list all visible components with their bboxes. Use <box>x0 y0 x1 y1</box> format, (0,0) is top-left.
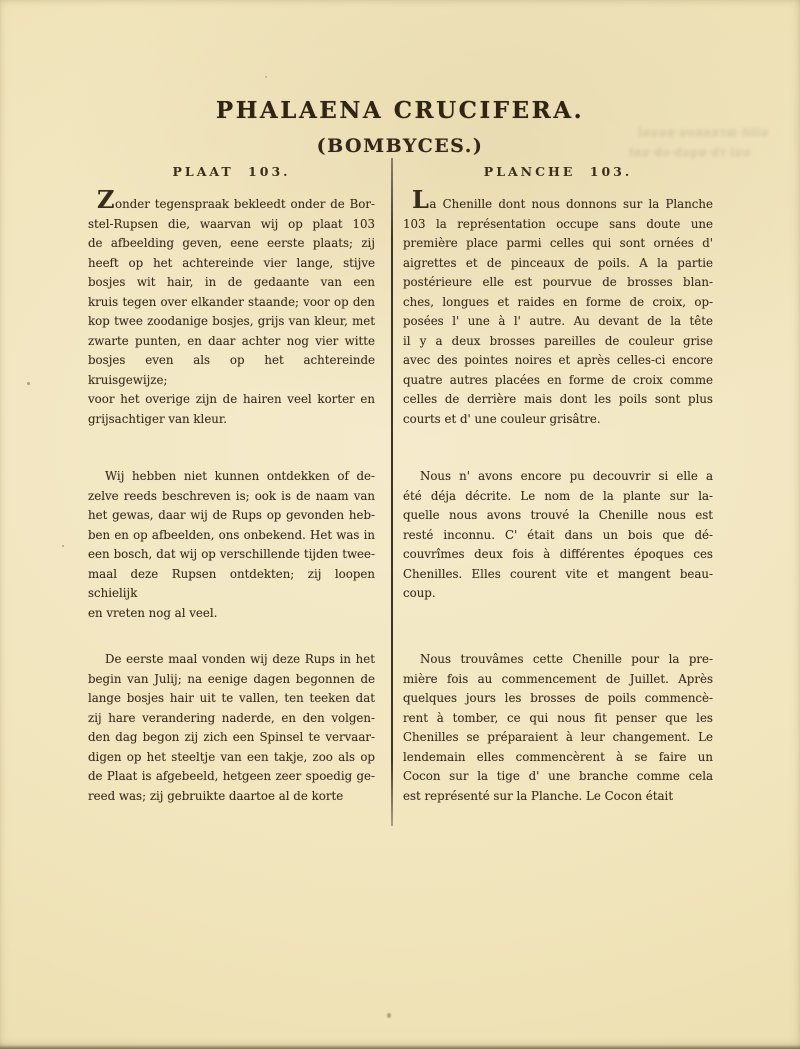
text-line: il y a deux brosses pareilles de couleur… <box>403 332 713 352</box>
page-title: PHALAENA CRUCIFERA. <box>0 97 800 124</box>
text-line: lendemain elles commencèrent à se faire … <box>403 748 713 768</box>
text-line: den dag begon zij zich een Spinsel te ve… <box>88 728 375 748</box>
text-line: bosjes wit hair, in de gedaante van een <box>88 273 375 293</box>
right-paragraph-1: La Chenille dont nous donnons sur la Pla… <box>403 190 713 429</box>
text-line: Wij hebben niet kunnen ontdekken of de- <box>88 467 375 487</box>
text-line: een bosch, dat wij op verschillende tijd… <box>88 545 375 565</box>
text-line: courts et d' une couleur grisâtre. <box>403 410 713 430</box>
text-line: kop twee zoodanige bosjes, grijs van kle… <box>88 312 375 332</box>
text-line: maal deze Rupsen ontdekten; zij loopen s… <box>88 565 375 604</box>
text-line: het gewas, daar wij de Rups op gevonden … <box>88 506 375 526</box>
text-line: ben en op afbeelden, ons onbekend. Het w… <box>88 526 375 546</box>
page-subtitle: (BOMBYCES.) <box>0 135 800 157</box>
text-line: digen op het steeltje van een takje, zoo… <box>88 748 375 768</box>
text-line: bosjes even als op het achtereinde kruis… <box>88 351 375 390</box>
right-column-header: PLANCHE 103. <box>403 164 713 179</box>
text-line: Nous trouvâmes cette Chenille pour la pr… <box>403 650 713 670</box>
text-line: de afbeelding geven, eene eerste plaats;… <box>88 234 375 254</box>
text-line: aigrettes et de pinceaux de poils. A la … <box>403 254 713 274</box>
text-line: couvrîmes deux fois à différentes époque… <box>403 545 713 565</box>
text-line: été déja décrite. Le nom de la plante su… <box>403 487 713 507</box>
paper-speck <box>387 1013 391 1018</box>
paper-speck <box>27 382 30 385</box>
text-line: mière fois au commencement de Juillet. A… <box>403 670 713 690</box>
text-line: zij hare verandering naderde, en den vol… <box>88 709 375 729</box>
text-line: Chenilles. Elles courent vite et mangent… <box>403 565 713 585</box>
left-paragraph-2: Wij hebben niet kunnen ontdekken of de-z… <box>88 467 375 623</box>
column-divider-rule <box>391 158 393 826</box>
text-line: 103 la représentation occupe sans doute … <box>403 215 713 235</box>
text-line: est représenté sur la Planche. Le Cocon … <box>403 787 713 807</box>
text-line: kruis tegen over elkander staande; voor … <box>88 293 375 313</box>
text-line: Cocon sur la tige d' une branche comme c… <box>403 767 713 787</box>
text-line: grijsachtiger van kleur. <box>88 410 375 430</box>
text-line: celles de derrière mais dont les poils s… <box>403 390 713 410</box>
text-line: voor het overige zijn de hairen veel kor… <box>88 390 375 410</box>
text-line: rent à tomber, ce qui nous fit penser qu… <box>403 709 713 729</box>
right-paragraph-3: Nous trouvâmes cette Chenille pour la pr… <box>403 650 713 806</box>
paper-speck <box>265 76 267 78</box>
text-line: quelques jours les brosses de poils comm… <box>403 689 713 709</box>
text-line: postérieure elle est pourvue de brosses … <box>403 273 713 293</box>
text-line: première place parmi celles qui sont orn… <box>403 234 713 254</box>
text-line: La Chenille dont nous donnons sur la Pla… <box>403 190 713 215</box>
paper-speck <box>62 545 64 547</box>
text-line: lange bosjes hair uit te vallen, ten tee… <box>88 689 375 709</box>
page: PHALAENA CRUCIFERA. (BOMBYCES.) ullit·mr… <box>0 0 800 1049</box>
text-line: Nous n' avons encore pu decouvrir si ell… <box>403 467 713 487</box>
text-line: zelve reeds beschreven is; ook is de naa… <box>88 487 375 507</box>
text-line: ches, longues et raides en forme de croi… <box>403 293 713 313</box>
text-line: en vreten nog al veel. <box>88 604 375 624</box>
text-line: quatre autres placées en forme de croix … <box>403 371 713 391</box>
text-line: reed was; zij gebruikte daartoe al de ko… <box>88 787 375 807</box>
text-line: resté inconnu. C' était dans un bois que… <box>403 526 713 546</box>
text-line: De eerste maal vonden wij deze Rups in h… <box>88 650 375 670</box>
left-paragraph-3: De eerste maal vonden wij deze Rups in h… <box>88 650 375 806</box>
text-line: coup. <box>403 584 713 604</box>
text-line: posées l' une à l' autre. Au devant de l… <box>403 312 713 332</box>
left-paragraph-1: Zonder tegenspraak bekleedt onder de Bor… <box>88 190 375 429</box>
text-line: zwarte punten, en daar achter nog vier w… <box>88 332 375 352</box>
book-page-scan: { "title": "PHALAENA CRUCIFERA.", "subti… <box>0 0 800 1049</box>
text-line: de Plaat is afgebeeld, hetgeen zeer spoe… <box>88 767 375 787</box>
text-line: Zonder tegenspraak bekleedt onder de Bor… <box>88 190 375 215</box>
text-line: stel-Rupsen die, waarvan wij op plaat 10… <box>88 215 375 235</box>
text-line: quelle nous avons trouvé la Chenille nou… <box>403 506 713 526</box>
text-line: Chenilles se préparaient à leur changeme… <box>403 728 713 748</box>
page-bottom-edge-shadow <box>0 1045 800 1049</box>
text-line: begin van Julij; na eenige dagen begonne… <box>88 670 375 690</box>
text-line: heeft op het achtereinde vier lange, sti… <box>88 254 375 274</box>
left-column-header: PLAAT 103. <box>88 164 375 179</box>
right-paragraph-2: Nous n' avons encore pu decouvrir si ell… <box>403 467 713 604</box>
text-line: avec des pointes noires et après celles-… <box>403 351 713 371</box>
